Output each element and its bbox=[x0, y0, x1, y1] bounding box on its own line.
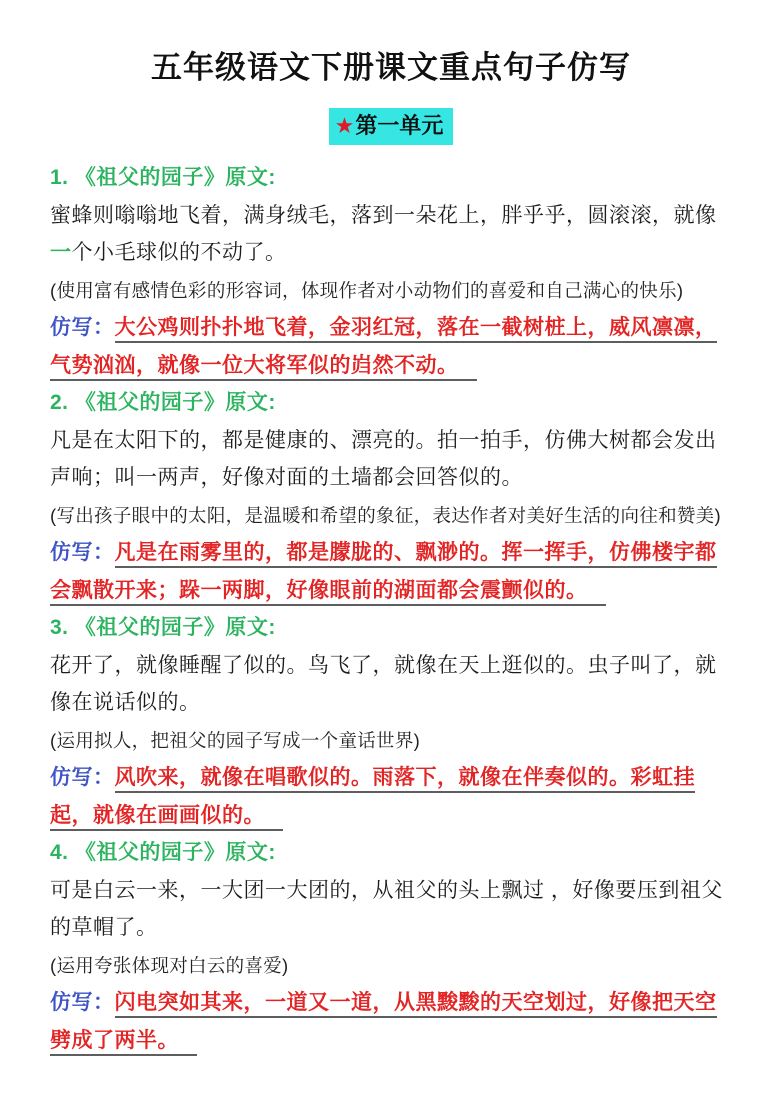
unit-banner-row: ★第一单元 bbox=[50, 108, 732, 145]
original-text-highlight: 一 bbox=[50, 241, 72, 264]
imitation-line: 仿写：闪电突如其来，一道又一道，从黑黢黢的天空划过，好像把天空劈成了两半。 bbox=[50, 984, 732, 1059]
section-1: 1. 《祖父的园子》原文: 蜜蜂则嗡嗡地飞着，满身绒毛，落到一朵花上，胖乎乎，圆… bbox=[50, 159, 732, 384]
analysis-note: (运用夸张体现对白云的喜爱) bbox=[50, 947, 732, 985]
original-text-rest: 个小毛球似的不动了。 bbox=[72, 241, 287, 264]
analysis-note: (使用富有感情色彩的形容词，体现作者对小动物们的喜爱和自己满心的快乐) bbox=[50, 272, 732, 310]
imitation-line: 仿写：凡是在雨雾里的，都是朦胧的、飘渺的。挥一挥手，仿佛楼宇都会飘散开来；跺一两… bbox=[50, 534, 732, 609]
content: 1. 《祖父的园子》原文: 蜜蜂则嗡嗡地飞着，满身绒毛，落到一朵花上，胖乎乎，圆… bbox=[50, 159, 732, 1059]
imitation-text: 大公鸡则扑扑地飞着，金羽红冠，落在一截树桩上，威风凛凛，气势汹汹，就像一位大将军… bbox=[50, 316, 717, 381]
star-icon: ★ bbox=[335, 113, 355, 138]
unit-banner: ★第一单元 bbox=[329, 108, 454, 145]
section-3: 3. 《祖父的园子》原文: 花开了，就像睡醒了似的。鸟飞了，就像在天上逛似的。虫… bbox=[50, 609, 732, 834]
original-text-main: 凡是在太阳下的，都是健康的、漂亮的。拍一拍手，仿佛大树都会发出声响；叫一两声，好… bbox=[50, 429, 717, 490]
imitation-line: 仿写：大公鸡则扑扑地飞着，金羽红冠，落在一截树桩上，威风凛凛，气势汹汹，就像一位… bbox=[50, 309, 732, 384]
original-text: 可是白云一来，一大团一大团的，从祖父的头上飘过 ，好像要压到祖父的草帽了。 bbox=[50, 872, 732, 947]
document-page: 五年级语文下册课文重点句子仿写 ★第一单元 1. 《祖父的园子》原文: 蜜蜂则嗡… bbox=[0, 0, 780, 1103]
imitation-text: 凡是在雨雾里的，都是朦胧的、飘渺的。挥一挥手，仿佛楼宇都会飘散开来；跺一两脚，好… bbox=[50, 541, 717, 606]
original-text: 凡是在太阳下的，都是健康的、漂亮的。拍一拍手，仿佛大树都会发出声响；叫一两声，好… bbox=[50, 422, 732, 497]
unit-banner-label: 第一单元 bbox=[355, 113, 443, 138]
imitation-label: 仿写： bbox=[50, 991, 115, 1014]
section-heading: 2. 《祖父的园子》原文: bbox=[50, 384, 732, 422]
section-heading: 3. 《祖父的园子》原文: bbox=[50, 609, 732, 647]
analysis-note: (运用拟人，把祖父的园子写成一个童话世界) bbox=[50, 722, 732, 760]
section-heading: 4. 《祖父的园子》原文: bbox=[50, 834, 732, 872]
imitation-line: 仿写：风吹来，就像在唱歌似的。雨落下，就像在伴奏似的。彩虹挂起，就像在画画似的。 bbox=[50, 759, 732, 834]
section-4: 4. 《祖父的园子》原文: 可是白云一来，一大团一大团的，从祖父的头上飘过 ，好… bbox=[50, 834, 732, 1059]
analysis-note: (写出孩子眼中的太阳，是温暖和希望的象征，表达作者对美好生活的向往和赞美) bbox=[50, 497, 732, 535]
imitation-label: 仿写： bbox=[50, 541, 115, 564]
original-text-main: 花开了，就像睡醒了似的。鸟飞了，就像在天上逛似的。虫子叫了，就像在说话似的。 bbox=[50, 654, 717, 715]
original-text: 花开了，就像睡醒了似的。鸟飞了，就像在天上逛似的。虫子叫了，就像在说话似的。 bbox=[50, 647, 732, 722]
section-heading: 1. 《祖父的园子》原文: bbox=[50, 159, 732, 197]
imitation-text: 闪电突如其来，一道又一道，从黑黢黢的天空划过，好像把天空劈成了两半。 bbox=[50, 991, 717, 1056]
page-title: 五年级语文下册课文重点句子仿写 bbox=[50, 48, 732, 88]
imitation-text: 风吹来，就像在唱歌似的。雨落下，就像在伴奏似的。彩虹挂起，就像在画画似的。 bbox=[50, 766, 695, 831]
imitation-label: 仿写： bbox=[50, 766, 115, 789]
section-2: 2. 《祖父的园子》原文: 凡是在太阳下的，都是健康的、漂亮的。拍一拍手，仿佛大… bbox=[50, 384, 732, 609]
original-text-main: 可是白云一来，一大团一大团的，从祖父的头上飘过 ，好像要压到祖父的草帽了。 bbox=[50, 879, 723, 940]
original-text: 蜜蜂则嗡嗡地飞着，满身绒毛，落到一朵花上，胖乎乎，圆滚滚，就像一个小毛球似的不动… bbox=[50, 197, 732, 272]
original-text-main: 蜜蜂则嗡嗡地飞着，满身绒毛，落到一朵花上，胖乎乎，圆滚滚，就像 bbox=[50, 204, 717, 227]
imitation-label: 仿写： bbox=[50, 316, 115, 339]
